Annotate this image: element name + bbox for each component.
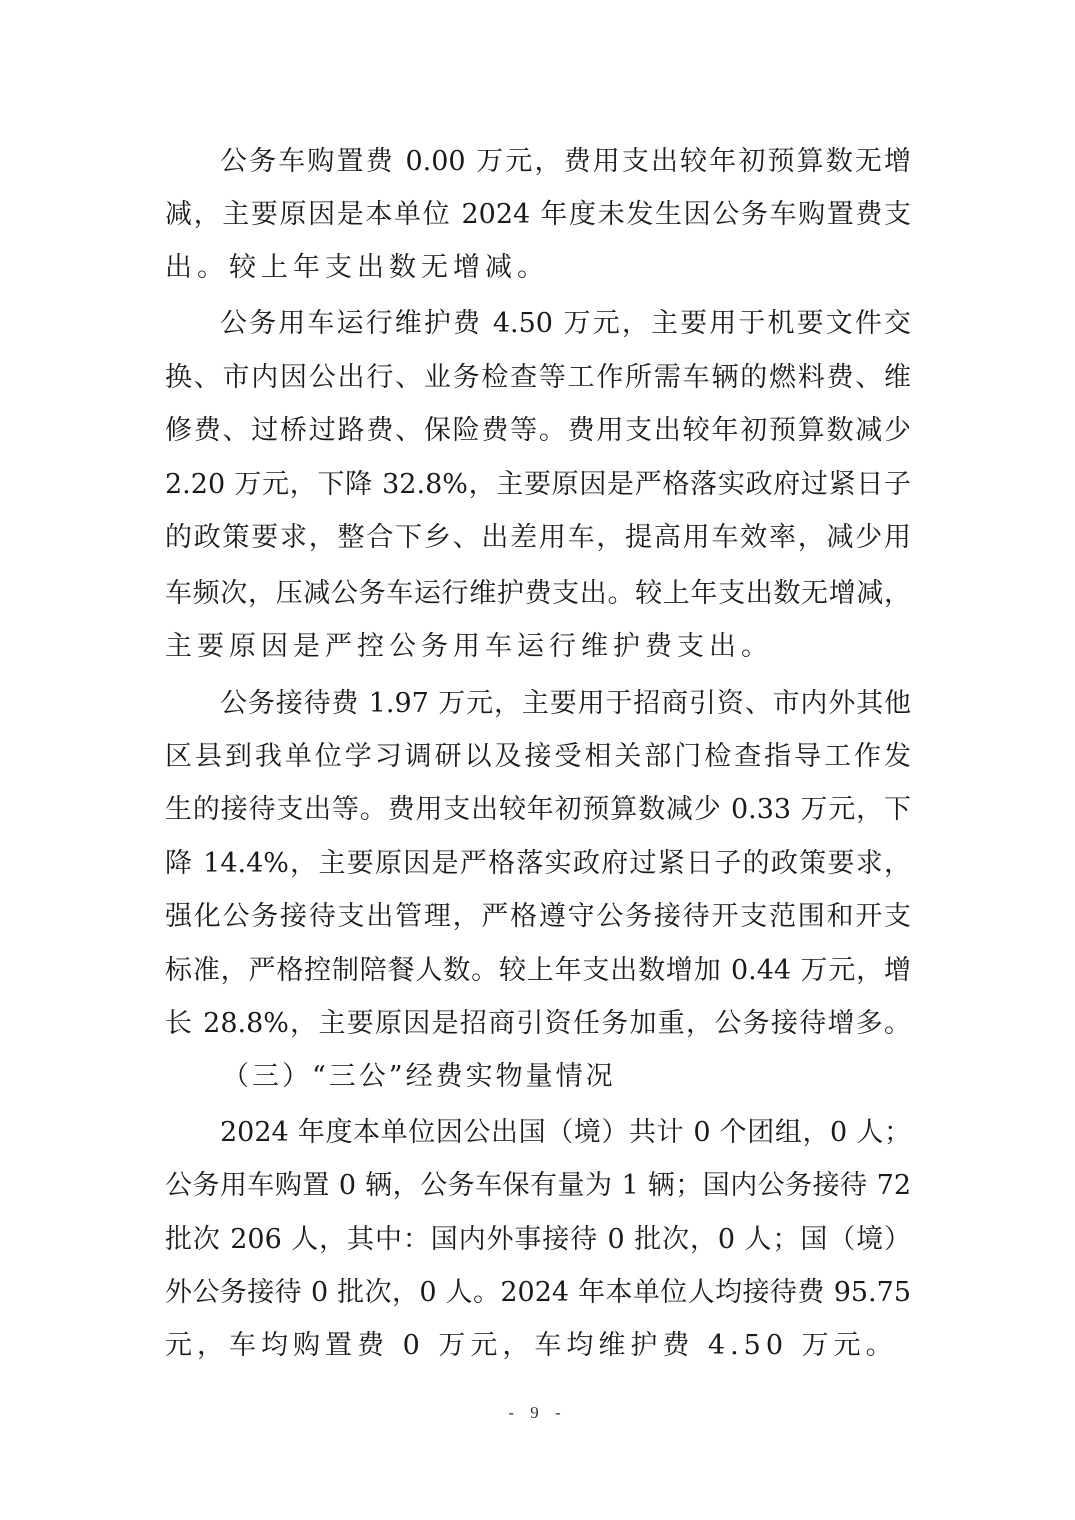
paragraph-quantity-line-5: 元，车均购置费 0 万元，车均维护费 4.50 万元。 <box>165 1326 911 1366</box>
paragraph-reception-line-1: 公务接待费 1.97 万元，主要用于招商引资、市内外其他 <box>220 684 911 724</box>
document-page: 公务车购置费 0.00 万元，费用支出较年初预算数无增 减，主要原因是本单位 2… <box>0 0 1075 1520</box>
paragraph-reception-line-3: 生的接待支出等。费用支出较年初预算数减少 0.33 万元，下 <box>165 790 911 830</box>
paragraph-vehicle-maintenance-line-2: 换、市内因公出行、业务检查等工作所需车辆的燃料费、维 <box>165 358 911 398</box>
paragraph-vehicle-maintenance-line-1: 公务用车运行维护费 4.50 万元，主要用于机要文件交 <box>220 304 911 344</box>
paragraph-reception-line-6: 标准，严格控制陪餐人数。较上年支出数增加 0.44 万元，增 <box>165 951 911 991</box>
paragraph-quantity-line-1: 2024 年度本单位因公出国（境）共计 0 个团组，0 人； <box>220 1113 911 1153</box>
paragraph-vehicle-purchase-line-2: 减，主要原因是本单位 2024 年度未发生因公务车购置费支 <box>165 195 911 235</box>
paragraph-reception-line-2: 区县到我单位学习调研以及接受相关部门检查指导工作发 <box>165 737 911 777</box>
paragraph-reception-line-4: 降 14.4%，主要原因是严格落实政府过紧日子的政策要求， <box>165 844 911 884</box>
paragraph-vehicle-maintenance-line-6: 车频次，压减公务车运行维护费支出。较上年支出数无增减， <box>165 574 911 614</box>
paragraph-quantity-line-4: 外公务接待 0 批次，0 人。2024 年本单位人均接待费 95.75 <box>165 1273 911 1313</box>
section-heading: （三）“三公”经费实物量情况 <box>222 1057 616 1097</box>
paragraph-reception-line-7: 长 28.8%，主要原因是招商引资任务加重，公务接待增多。 <box>165 1004 911 1044</box>
paragraph-quantity-line-3: 批次 206 人，其中：国内外事接待 0 批次，0 人；国（境） <box>165 1220 911 1260</box>
paragraph-vehicle-maintenance-line-5: 的政策要求，整合下乡、出差用车，提高用车效率，减少用 <box>165 518 911 558</box>
paragraph-reception-line-5: 强化公务接待支出管理，严格遵守公务接待开支范围和开支 <box>165 897 911 937</box>
page-number: - 9 - <box>0 1403 1075 1423</box>
paragraph-vehicle-maintenance-line-7: 主要原因是严控公务用车运行维护费支出。 <box>165 627 911 667</box>
paragraph-vehicle-purchase-line-3: 出。较上年支出数无增减。 <box>165 248 911 288</box>
paragraph-vehicle-maintenance-line-4: 2.20 万元，下降 32.8%，主要原因是严格落实政府过紧日子 <box>165 465 911 505</box>
paragraph-vehicle-maintenance-line-3: 修费、过桥过路费、保险费等。费用支出较年初预算数减少 <box>165 411 911 451</box>
paragraph-vehicle-purchase-line-1: 公务车购置费 0.00 万元，费用支出较年初预算数无增 <box>220 142 911 182</box>
paragraph-quantity-line-2: 公务用车购置 0 辆，公务车保有量为 1 辆；国内公务接待 72 <box>165 1166 911 1206</box>
